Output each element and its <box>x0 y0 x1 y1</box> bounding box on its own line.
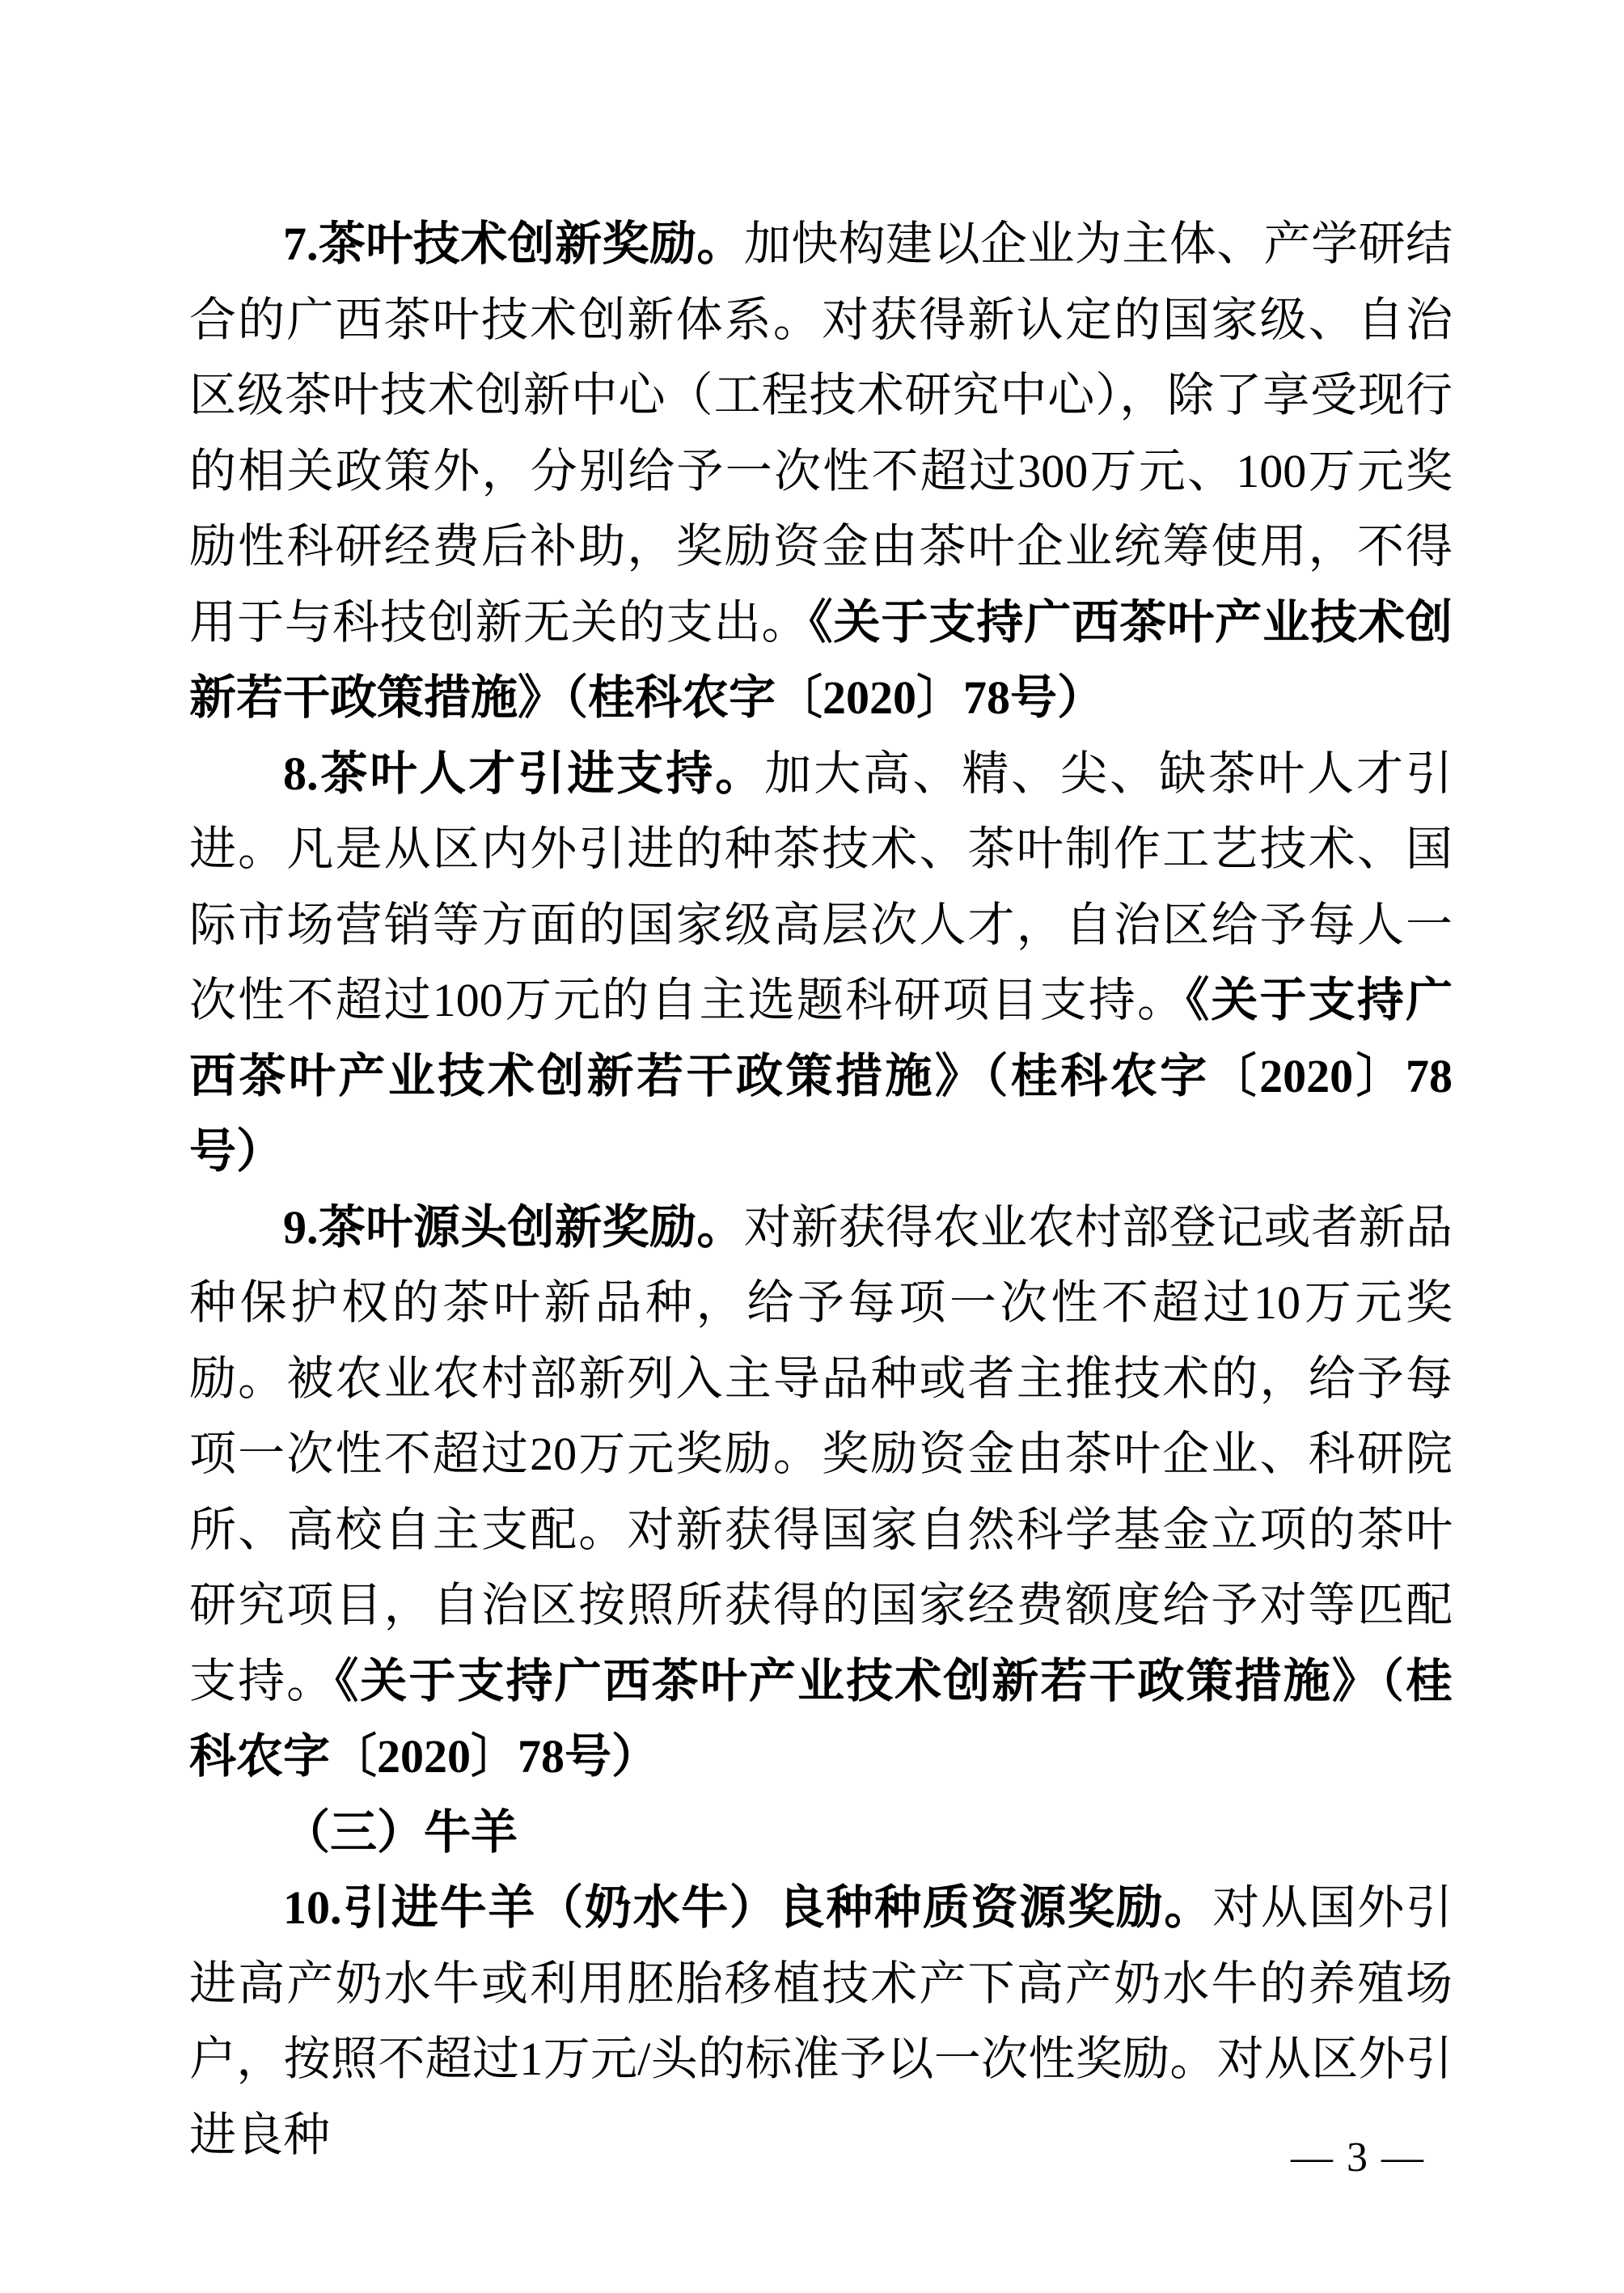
emphasis-text: 8.茶叶人才引进支持。 <box>283 747 764 800</box>
item-7-tea-tech-innovation-reward: 7.茶叶技术创新奖励。加快构建以企业为主体、产学研结合的广西茶叶技术创新体系。对… <box>189 206 1453 736</box>
emphasis-text: 9.茶叶源头创新奖励。 <box>283 1201 744 1254</box>
document-body: 7.茶叶技术创新奖励。加快构建以企业为主体、产学研结合的广西茶叶技术创新体系。对… <box>189 206 1453 2172</box>
emphasis-text: 《关于支持广西茶叶产业技术创新若干政策措施》（桂科农字〔2020〕78号） <box>189 1655 1453 1783</box>
body-text: 对新获得农业农村部登记或者新品种保护权的茶叶新品种，给予每项一次性不超过10万元… <box>189 1201 1453 1707</box>
body-text: 加快构建以企业为主体、产学研结合的广西茶叶技术创新体系。对获得新认定的国家级、自… <box>189 218 1453 649</box>
item-8-tea-talent-introduction-support: 8.茶叶人才引进支持。加大高、精、尖、缺茶叶人才引进。凡是从区内外引进的种茶技术… <box>189 736 1453 1190</box>
page-number: — 3 — <box>1291 2134 1425 2182</box>
emphasis-text: 10.引进牛羊（奶水牛）良种种质资源奖励。 <box>283 1881 1212 1934</box>
section-3-cattle-sheep-heading: （三）牛羊 <box>189 1795 1453 1871</box>
item-9-tea-source-innovation-reward: 9.茶叶源头创新奖励。对新获得农业农村部登记或者新品种保护权的茶叶新品种，给予每… <box>189 1190 1453 1795</box>
emphasis-text: 7.茶叶技术创新奖励。 <box>283 218 744 270</box>
item-10-cattle-sheep-germplasm-reward: 10.引进牛羊（奶水牛）良种种质资源奖励。对从国外引进高产奶水牛或利用胚胎移植技… <box>189 1870 1453 2172</box>
emphasis-text: （三）牛羊 <box>283 1806 518 1859</box>
document-page: 7.茶叶技术创新奖励。加快构建以企业为主体、产学研结合的广西茶叶技术创新体系。对… <box>0 0 1624 2293</box>
